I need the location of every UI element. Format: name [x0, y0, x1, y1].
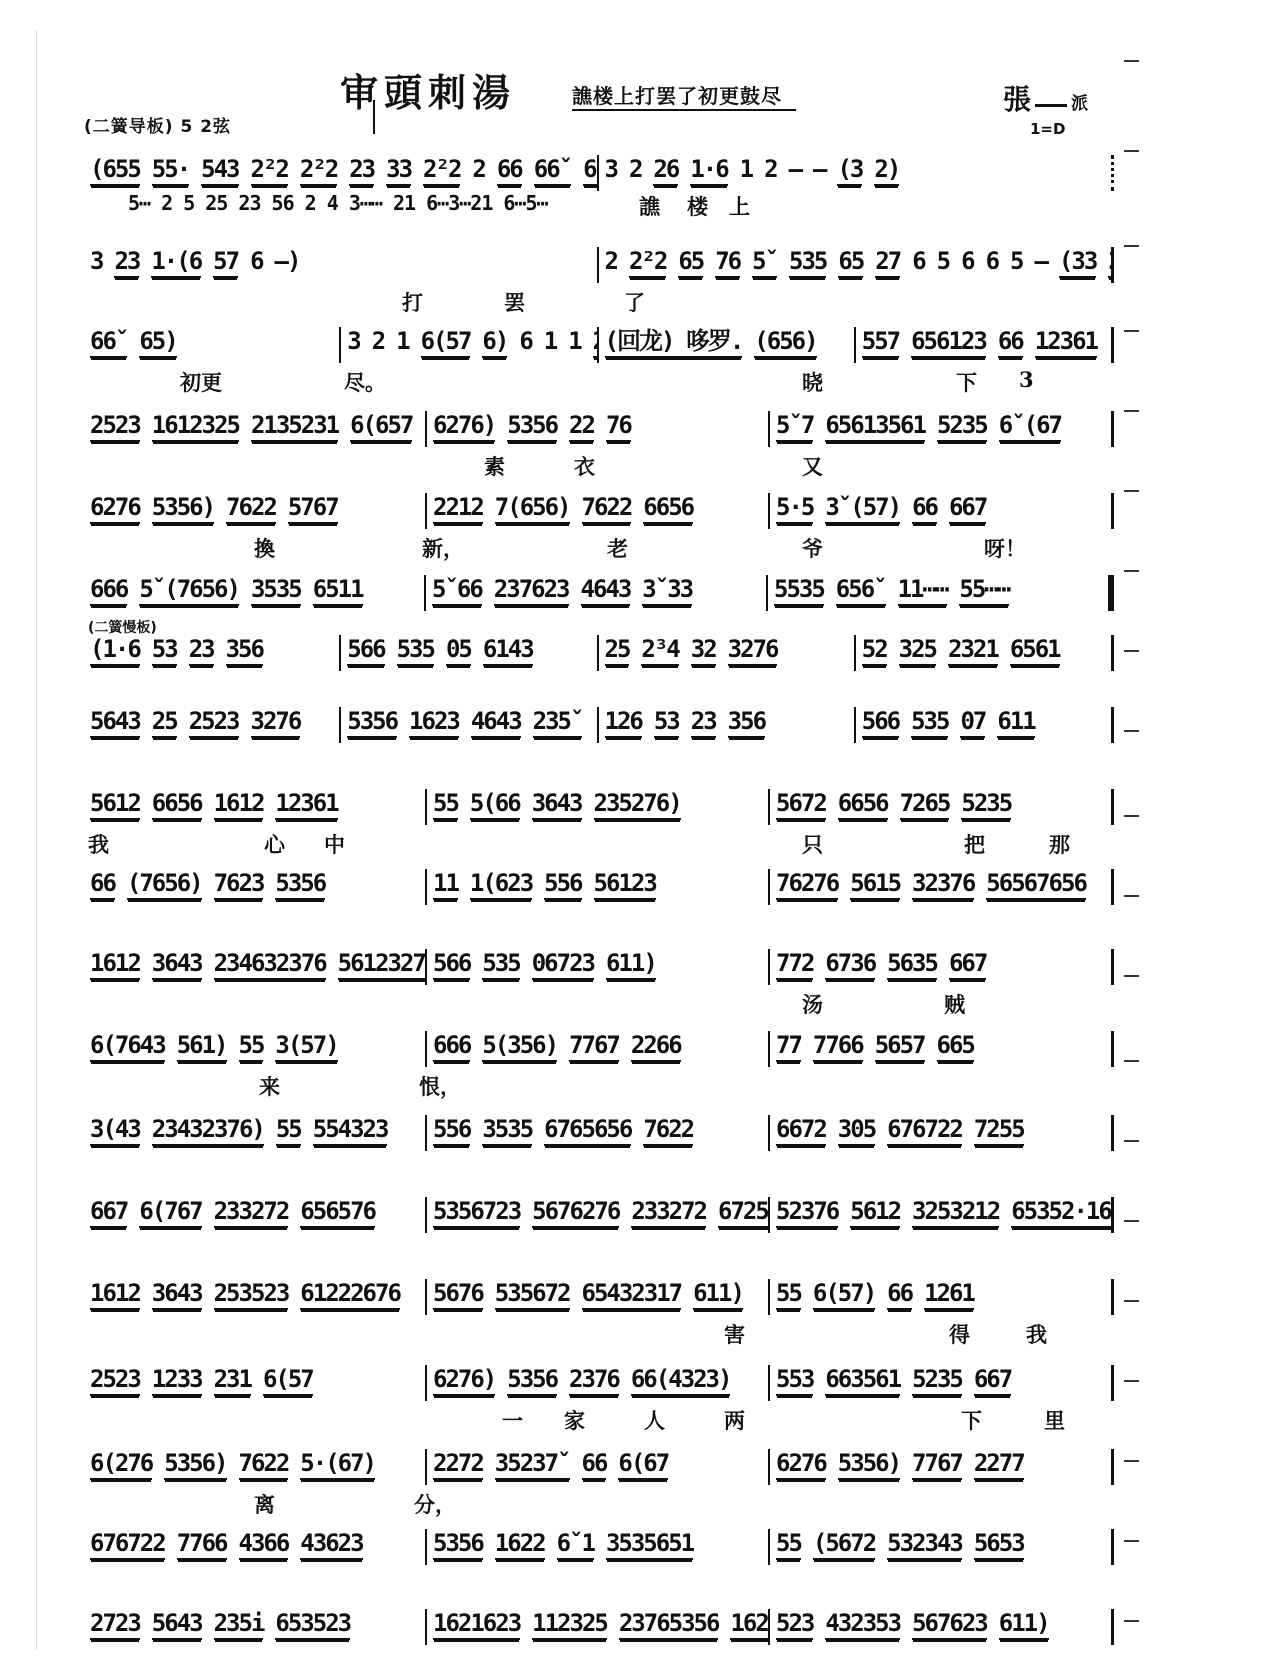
key-signature: 1=D	[1030, 120, 1065, 138]
note-group: 2²2	[251, 155, 288, 186]
margin-tick	[1124, 1220, 1139, 1222]
note-group: 112325	[532, 1609, 607, 1640]
measure: 62765356)76225767	[84, 493, 427, 529]
note-group: 7767	[912, 1449, 962, 1480]
note-group: 3ˇ33	[642, 575, 692, 606]
measure: (65555·5432²22²223332²226666ˇ6555)	[84, 155, 599, 191]
note-group: 6143	[483, 635, 533, 666]
note-group: 567623	[912, 1609, 987, 1640]
note-group: 5653	[974, 1529, 1024, 1560]
note-group: 65613561	[825, 411, 925, 442]
measure: 111(62355656123	[427, 869, 770, 905]
note-group: 325	[899, 635, 936, 666]
note-group: 6276	[90, 493, 140, 524]
margin-tick	[1124, 815, 1139, 817]
lyric-syllable: 譙	[639, 191, 660, 221]
note-group: 667	[90, 1197, 127, 1228]
score-line: 2523161232521352316(6576276)535622765ˇ76…	[84, 411, 1114, 493]
measure: 62765356)77672277	[770, 1449, 1111, 1485]
note-group: 5356	[347, 707, 397, 738]
note-group: 3	[347, 327, 359, 356]
note-group: 23	[691, 707, 716, 738]
note-group: 6	[519, 327, 531, 356]
note-group: 5ˇ	[752, 247, 777, 278]
score-header: (二簧导板) 5 2弦 审頭刺湯 譙楼上打罢了初更鼓尽 張派 1=D	[0, 0, 1272, 150]
note-group: 7622	[643, 1115, 693, 1146]
note-group: 2266	[631, 1031, 681, 1062]
note-group: 6276)	[433, 1365, 495, 1396]
note-group: 3643	[152, 1279, 202, 1310]
note-group: 66ˇ	[90, 327, 127, 358]
measure: 3216(576)61121212––	[341, 327, 598, 363]
lyric-syllable: 我	[88, 829, 109, 859]
note-group: 5ˇ(7656)	[139, 575, 239, 606]
note-group: 6	[912, 247, 924, 276]
note-group: 6(767	[139, 1197, 201, 1228]
score-line: 66(7656)76235356111(62355656123762765615…	[84, 869, 1114, 949]
note-group: 43623	[300, 1529, 362, 1560]
lyrics-row: 素衣又	[84, 451, 1114, 485]
note-group: 52	[862, 635, 887, 666]
note-group: 5(356)	[482, 1031, 557, 1062]
measure: 5536635615235667	[770, 1365, 1111, 1401]
margin-tick	[1124, 1460, 1139, 1462]
note-group: 6765656	[544, 1115, 631, 1146]
author-underline	[1035, 104, 1067, 107]
note-group: 6(57	[263, 1365, 313, 1396]
note-group: 66ˇ	[534, 155, 571, 186]
margin-tick	[1124, 1540, 1139, 1542]
note-group: 5ˇ7	[776, 411, 813, 442]
note-group: 7622	[226, 493, 276, 524]
note-group: 666	[90, 575, 127, 606]
note-group: 5235	[961, 789, 1011, 820]
measure-row: 56126656161212361555(663643235276)567266…	[84, 789, 1114, 825]
margin-tick	[1124, 895, 1139, 897]
margin-tick	[1124, 490, 1139, 492]
note-group: 523	[776, 1609, 813, 1640]
measure-row: 66(7656)76235356111(62355656123762765615…	[84, 869, 1114, 905]
measure: 161236432346323765612327(6	[84, 949, 427, 985]
note-group: 65352·162	[1011, 1197, 1111, 1228]
note-group: 52376	[776, 1197, 838, 1228]
measure: 22²265765ˇ535652765665–(3322	[599, 247, 1112, 283]
note-group: 27	[875, 247, 900, 278]
note-group: 4643	[471, 707, 521, 738]
note-group: 6(67	[618, 1449, 668, 1480]
lyric-syllable: 了	[624, 287, 645, 317]
note-group: 3276	[251, 707, 301, 738]
note-group: 23432376)	[152, 1115, 264, 1146]
measure-row: 62765356)7622576722127(656)762266565·53ˇ…	[84, 493, 1114, 529]
measure: 55(56725323435653	[770, 1529, 1111, 1565]
note-group: (655	[90, 155, 140, 186]
note-group: 23	[189, 635, 214, 666]
note-group: 535	[482, 949, 519, 980]
note-group: 2²2	[423, 155, 460, 186]
note-group: 7766	[177, 1529, 227, 1560]
note-group: 76	[715, 247, 740, 278]
note-group: 3535	[482, 1115, 532, 1146]
measure: 567653567265432317611)	[427, 1279, 770, 1315]
margin-tick	[1124, 1380, 1139, 1382]
lyric-syllable: 那	[1049, 829, 1070, 859]
note-group: 32	[691, 635, 716, 666]
author-role: 派	[1071, 94, 1088, 114]
note-group: 1622	[495, 1529, 545, 1560]
lyric-syllable: 人	[644, 1405, 665, 1435]
measure-row: 2523161232521352316(6576276)535622765ˇ76…	[84, 411, 1114, 447]
measure: 5356723567627623327267253276	[427, 1197, 770, 1233]
note-group: 1612	[90, 949, 140, 980]
note-group: 26	[653, 155, 678, 186]
lyric-syllable: 害	[724, 1319, 745, 1349]
note-group: 535	[397, 635, 434, 666]
margin-tick	[1124, 650, 1139, 652]
page-title: 审頭刺湯	[340, 62, 516, 117]
note-group: 2523	[189, 707, 239, 738]
note-group: 55	[776, 1529, 801, 1560]
measure: 6(2765356)76225·(67)	[84, 1449, 427, 1485]
score-line: 252312332316(576276)5356237666(4323)5536…	[84, 1365, 1114, 1449]
measure: 1265323356	[599, 707, 856, 743]
measure: 1612364325352361222676	[84, 1279, 427, 1315]
score-line: 27235643235i6535231621623112325237653561…	[84, 1609, 1114, 1678]
measure: 6665ˇ(7656)35356511	[84, 575, 426, 611]
measure-row: 6665ˇ(7656)353565115ˇ6623762346433ˇ33553…	[84, 575, 1114, 611]
note-group: 55	[433, 789, 458, 820]
note-group: 55⋯⋯	[959, 575, 1009, 606]
measure-row: 252312332316(576276)5356237666(4323)5536…	[84, 1365, 1114, 1401]
note-group: 3(43	[90, 1115, 140, 1146]
note-group: 1	[396, 327, 408, 356]
measure: 7627656153237656567656	[770, 869, 1111, 905]
lyric-syllable: 贼	[944, 989, 965, 1019]
note-group: 77	[776, 1031, 801, 1062]
note-group: 6(57	[421, 327, 471, 358]
note-group: 1623	[409, 707, 459, 738]
note-group: 1(623	[470, 869, 532, 900]
measure: 6276)5356237666(4323)	[427, 1365, 770, 1401]
note-group: 1612	[90, 1279, 140, 1310]
note-group: 6	[986, 247, 998, 276]
lyric-syllable: 下	[961, 1405, 982, 1435]
note-group: 656576	[300, 1197, 375, 1228]
note-group: 667	[949, 949, 986, 980]
lyric-syllable: 中	[324, 829, 345, 859]
note-group: 66	[497, 155, 522, 186]
note-group: 7255	[974, 1115, 1024, 1146]
note-group: 66	[90, 869, 115, 900]
measure: 523765612325321265352·162	[770, 1197, 1111, 1233]
measure: 66(7656)76235356	[84, 869, 427, 905]
lyric-syllable: 两	[724, 1405, 745, 1435]
measure: 27235643235i653523	[84, 1609, 427, 1645]
measure: 56653507611	[856, 707, 1111, 743]
note-group: 5535	[774, 575, 824, 606]
note-group: 1·(6	[151, 247, 201, 278]
measure: 5535656ˇ11⋯⋯55⋯⋯	[768, 575, 1108, 611]
lyric-syllable: 素	[484, 451, 505, 481]
note-group: 2523	[90, 1365, 140, 1396]
note-group: 6656	[152, 789, 202, 820]
note-group: 554323	[313, 1115, 388, 1146]
note-group: 5356	[275, 869, 325, 900]
score-line: 6676(76723327265657653567235676276233272…	[84, 1197, 1114, 1279]
margin-ticks	[1124, 60, 1140, 1660]
measure: 6676(767233272656576	[84, 1197, 427, 1233]
lyric-syllable: 初更	[180, 367, 222, 397]
note-group: 5235	[937, 411, 987, 442]
note-group: 556	[544, 869, 581, 900]
note-group: 5·5	[776, 493, 813, 524]
note-group: 32376	[912, 869, 974, 900]
note-group: 6511	[313, 575, 363, 606]
note-group: 5615	[850, 869, 900, 900]
note-group: 561)	[177, 1031, 227, 1062]
measure: 252312332316(57	[84, 1365, 427, 1401]
note-group: 7(656)	[495, 493, 570, 524]
measure: 3231·(6576–)	[84, 247, 599, 283]
lyric-syllable: 老	[607, 533, 628, 563]
note-group: 1612	[214, 789, 264, 820]
note-group: 67253276	[718, 1197, 770, 1228]
note-group: 5356)	[164, 1449, 226, 1480]
note-group: 5ˇ66	[432, 575, 482, 606]
note-group: 56123	[594, 869, 656, 900]
note-group: 1	[568, 327, 580, 356]
lyrics-row: 譙楼上	[84, 191, 1114, 225]
note-group: 2272	[433, 1449, 483, 1480]
note-group: 5767	[288, 493, 338, 524]
measure: 535616234643235ˇ	[341, 707, 598, 743]
note-group: 3(57)	[275, 1031, 337, 1062]
measure: 5576561236612361	[856, 327, 1111, 363]
lyric-syllable: 上	[729, 191, 750, 221]
margin-tick	[1124, 410, 1139, 412]
margin-tick	[1124, 975, 1139, 977]
note-group: 6)	[482, 327, 507, 358]
note-group: 22	[1108, 247, 1111, 278]
measure-row: 3(4323432376)555543235563535676565676226…	[84, 1115, 1114, 1151]
note-group: 6ˇ1	[557, 1529, 594, 1560]
note-group: 556	[433, 1115, 470, 1146]
measure-row: 1612364325352361222676567653567265432317…	[84, 1279, 1114, 1315]
note-group: 1	[544, 327, 556, 356]
note-group: (3	[837, 155, 862, 186]
note-group: 25	[605, 635, 630, 666]
note-group: 237623	[494, 575, 569, 606]
note-group: 23	[114, 247, 139, 278]
note-group: 2277	[974, 1449, 1024, 1480]
measure-row: 27235643235i6535231621623112325237653561…	[84, 1609, 1114, 1645]
lyric-syllable: 罢	[504, 287, 525, 317]
note-group: 3535	[251, 575, 301, 606]
measure-row: 161236432346323765612327(656653506723611…	[84, 949, 1114, 985]
note-group: 1·6	[690, 155, 727, 186]
note-group: 253523	[214, 1279, 289, 1310]
note-group: 22	[569, 411, 594, 442]
note-group: 535672	[495, 1279, 570, 1310]
note-group: 6561	[1010, 635, 1060, 666]
note-group: 53	[654, 707, 679, 738]
lyric-syllable: 我	[1026, 1319, 1047, 1349]
measure: 555(663643235276)	[427, 789, 770, 825]
lyric-syllable: 呀！	[984, 533, 1026, 563]
note-group: 1261	[924, 1279, 974, 1310]
note-group: 3643	[152, 949, 202, 980]
measure: 566535056143	[341, 635, 598, 671]
note-group: 3	[605, 155, 617, 184]
note-group: 3ˇ(57)	[825, 493, 900, 524]
note-group: 667	[949, 493, 986, 524]
note-group: 55	[776, 1279, 801, 1310]
note-group: 676722	[90, 1529, 165, 1560]
note-group: 656123	[911, 327, 986, 358]
note-group: 5676276	[532, 1197, 619, 1228]
note-group: 76276	[776, 869, 838, 900]
note-group: 2523	[90, 411, 140, 442]
lyric-syllable: 只	[802, 829, 823, 859]
score-line: 1612364325352361222676567653567265432317…	[84, 1279, 1114, 1365]
note-group: 5356	[433, 1529, 483, 1560]
note-group: 76	[606, 411, 631, 442]
note-group: 305	[838, 1115, 875, 1146]
note-group: 06723	[532, 949, 594, 980]
lyrics-row: 換新，老爷呀！	[84, 533, 1114, 567]
lyric-syllable: 里	[1044, 1405, 1065, 1435]
note-group: 3253212	[912, 1197, 999, 1228]
measure: 22127(656)76226656	[427, 493, 770, 529]
note-group: 23	[349, 155, 374, 186]
note-group: 61222676	[300, 1279, 400, 1310]
score-line: 6665ˇ(7656)353565115ˇ6623762346433ˇ33553…	[84, 575, 1114, 635]
note-group: 7766	[813, 1031, 863, 1062]
margin-tick	[1124, 570, 1139, 572]
score-line: 161236432346323765612327(656653506723611…	[84, 949, 1114, 1031]
note-group: 6(57)	[813, 1279, 875, 1310]
note-group: 3	[90, 247, 102, 276]
measure: 77267365635667	[770, 949, 1111, 985]
note-group: 5643	[152, 1609, 202, 1640]
lyric-syllable: 离	[254, 1489, 275, 1519]
note-group: 12361	[1035, 327, 1097, 358]
lyric-syllable: 下	[956, 367, 977, 397]
measure: 3(4323432376)55554323	[84, 1115, 427, 1151]
note-group: 535	[911, 707, 948, 738]
note-group: –	[789, 155, 801, 184]
note-group: (656)	[754, 327, 816, 358]
note-group: 55	[276, 1115, 301, 1146]
lyrics-row: 来恨，	[84, 1071, 1114, 1105]
note-group: 235276)	[594, 789, 681, 820]
score-line: (65555·5432²22²223332²226666ˇ6555)32261·…	[84, 155, 1114, 247]
note-group: 35237ˇ	[495, 1449, 570, 1480]
lyrics-row: 离分，	[84, 1489, 1114, 1523]
note-group: 7622	[239, 1449, 289, 1480]
note-group: 65)	[139, 327, 176, 358]
measure: 6665(356)77672266	[427, 1031, 770, 1067]
note-group: –)	[275, 247, 300, 276]
note-group: 65	[583, 155, 598, 186]
note-group: 2212	[433, 493, 483, 524]
note-group: 2	[629, 155, 641, 184]
note-group: 7622	[582, 493, 632, 524]
note-group: 6ˇ(67	[999, 411, 1061, 442]
note-group: 5	[937, 247, 949, 276]
measure-row: 6767227766436643623535616226ˇ1353565155(…	[84, 1529, 1114, 1565]
note-group: 65	[838, 247, 863, 278]
note-group: 2²2	[629, 247, 666, 278]
measure: (1·65323356	[84, 635, 341, 671]
lyric-syllable: 恨，	[419, 1071, 461, 1101]
measure: 2523161232521352316(657	[84, 411, 427, 447]
note-group: 663561	[825, 1365, 900, 1396]
measure: (回龙) 哆罗.(656)	[599, 327, 856, 363]
note-group: 235ˇ	[533, 707, 583, 738]
note-group: 33	[386, 155, 411, 186]
note-group: 1	[740, 155, 752, 184]
note-group: 611)	[999, 1609, 1049, 1640]
note-group: 6(276	[90, 1449, 152, 1480]
note-group: 5612327(6	[338, 949, 427, 980]
note-group: 553	[776, 1365, 813, 1396]
measure: 556(57)661261	[770, 1279, 1111, 1315]
note-group: 5643	[90, 707, 140, 738]
score-line: 6(2765356)76225·(67)227235237ˇ666(676276…	[84, 1449, 1114, 1529]
author: 張派	[1003, 78, 1088, 118]
note-group: 5356723	[433, 1197, 520, 1228]
note-group: 5635	[887, 949, 937, 980]
note-group: 57	[213, 247, 238, 278]
note-group: 653523	[275, 1609, 350, 1640]
note-group: (5672	[813, 1529, 875, 1560]
note-group: 1233	[152, 1365, 202, 1396]
note-group: 5(66	[470, 789, 520, 820]
note-group: 6656	[643, 493, 693, 524]
score-line: (二簧慢板)(1·65323356566535056143252³4323276…	[84, 635, 1114, 707]
note-group: 05	[446, 635, 471, 666]
page-edge	[36, 30, 37, 1650]
score-line: 56432525233276535616234643235ˇ1265323356…	[84, 707, 1114, 789]
lyrics-row: 初更尽。晓下3	[84, 367, 1114, 401]
note-group: 5356	[507, 411, 557, 442]
margin-tick	[1124, 150, 1139, 152]
note-group: 772	[776, 949, 813, 980]
lyric-syllable: 打	[402, 287, 423, 317]
note-group: 2³4	[641, 635, 678, 666]
measure: 32261·612––(32)	[599, 155, 1112, 191]
measure-row: (65555·5432²22²223332²226666ˇ6555)32261·…	[84, 155, 1114, 191]
note-group: 5356)	[838, 1449, 900, 1480]
note-group: 5672	[776, 789, 826, 820]
note-group: 5612	[90, 789, 140, 820]
note-group: 25	[152, 707, 177, 738]
margin-tick	[1124, 1140, 1139, 1142]
note-group: 66(4323)	[631, 1365, 731, 1396]
measure-row: 56432525233276535616234643235ˇ1265323356…	[84, 707, 1114, 743]
note-group: 5	[1010, 247, 1022, 276]
measure: 66723056767227255	[770, 1115, 1111, 1151]
banqiang-label: (二簧导板) 5 2弦	[84, 112, 231, 137]
measure: 56653506723611)	[427, 949, 770, 985]
lyric-syllable: 3	[1019, 367, 1034, 392]
measure-row: 66ˇ65)3216(576)61121212––(回龙) 哆罗.(656)55…	[84, 327, 1114, 363]
measure-row: (1·65323356566535056143252³4323276523252…	[84, 635, 1114, 671]
margin-tick	[1124, 60, 1139, 62]
note-group: 55	[239, 1031, 264, 1062]
note-group: 611)	[693, 1279, 743, 1310]
